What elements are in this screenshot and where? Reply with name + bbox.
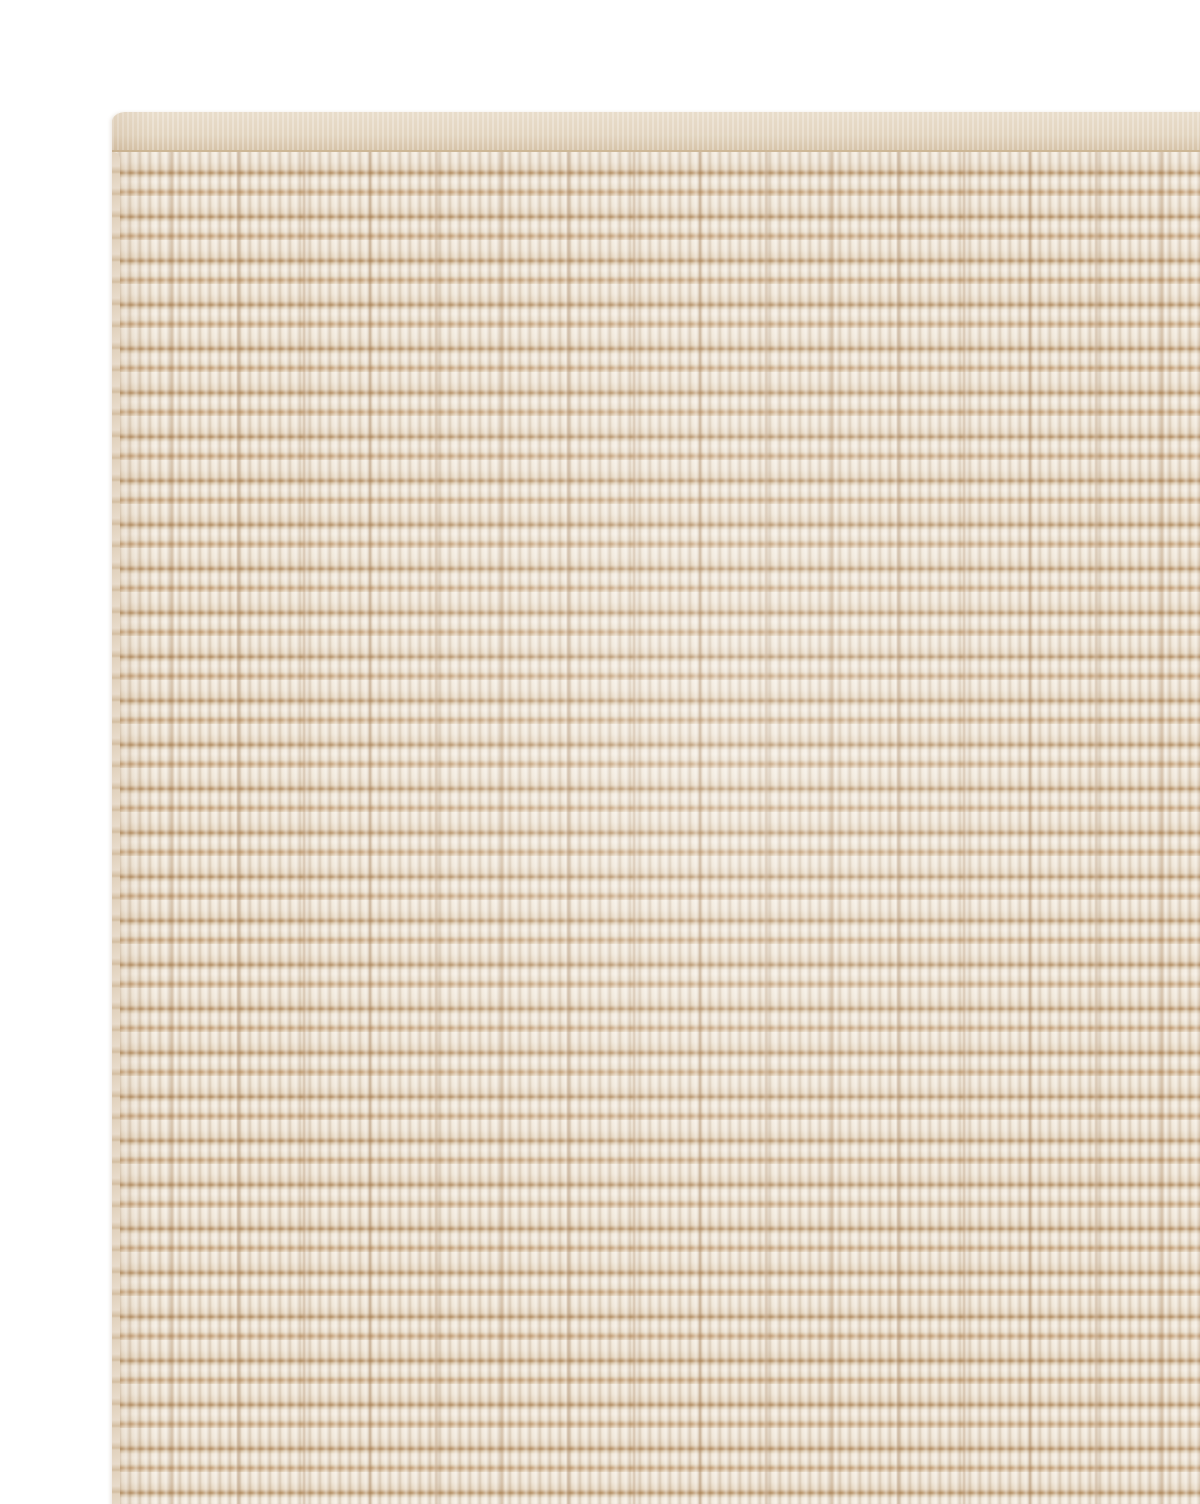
rug-corner <box>112 112 1200 1504</box>
rug-binding-edge <box>112 112 1200 152</box>
rug-weave-texture <box>112 152 1200 1504</box>
rug-side-edge <box>112 152 120 1504</box>
